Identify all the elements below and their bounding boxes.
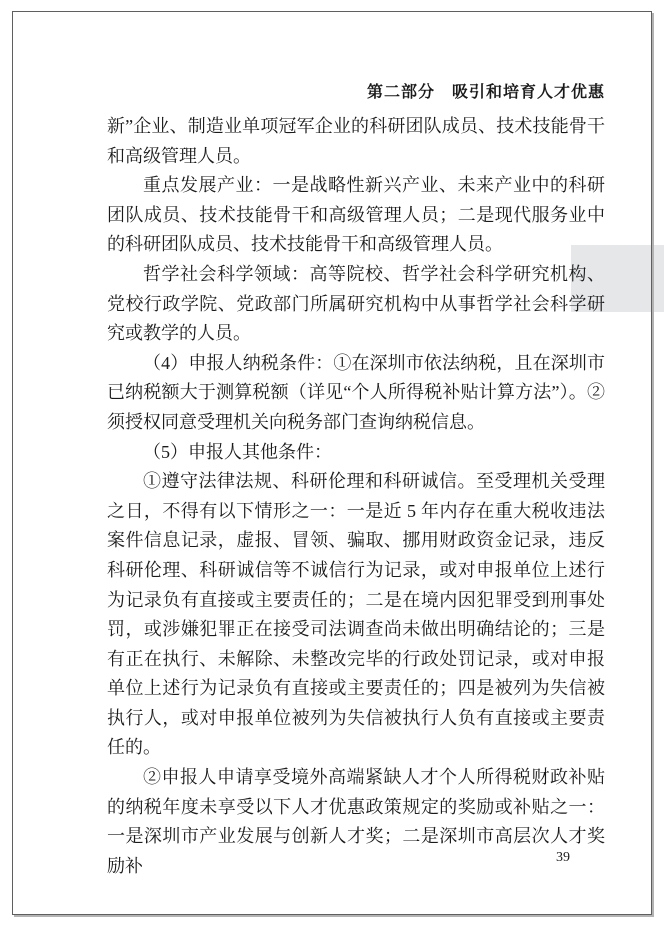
body-text: 新”企业、制造业单项冠军企业的科研团队成员、技术技能骨干和高级管理人员。 重点发… — [107, 112, 605, 881]
body-paragraph: （4）申报人纳税条件：①在深圳市依法纳税，且在深圳市已纳税额大于测算税额（详见“… — [107, 349, 605, 438]
body-paragraph: （5）申报人其他条件： — [107, 438, 605, 468]
page-number: 39 — [533, 850, 593, 866]
running-header: 第二部分 吸引和培育人才优惠 — [107, 79, 605, 102]
body-paragraph: 重点发展产业：一是战略性新兴产业、未来产业中的科研团队成员、技术技能骨干和高级管… — [107, 171, 605, 260]
body-paragraph: 新”企业、制造业单项冠军企业的科研团队成员、技术技能骨干和高级管理人员。 — [107, 112, 605, 171]
body-paragraph: ②申报人申请享受境外高端紧缺人才个人所得税财政补贴的纳税年度未享受以下人才优惠政… — [107, 763, 605, 881]
body-paragraph: ①遵守法律法规、科研伦理和科研诚信。至受理机关受理之日，不得有以下情形之一：一是… — [107, 467, 605, 763]
document-page: 第二部分 吸引和培育人才优惠 新”企业、制造业单项冠军企业的科研团队成员、技术技… — [12, 11, 652, 915]
body-paragraph: 哲学社会科学领域：高等院校、哲学社会科学研究机构、党校行政学院、党政部门所属研究… — [107, 260, 605, 349]
